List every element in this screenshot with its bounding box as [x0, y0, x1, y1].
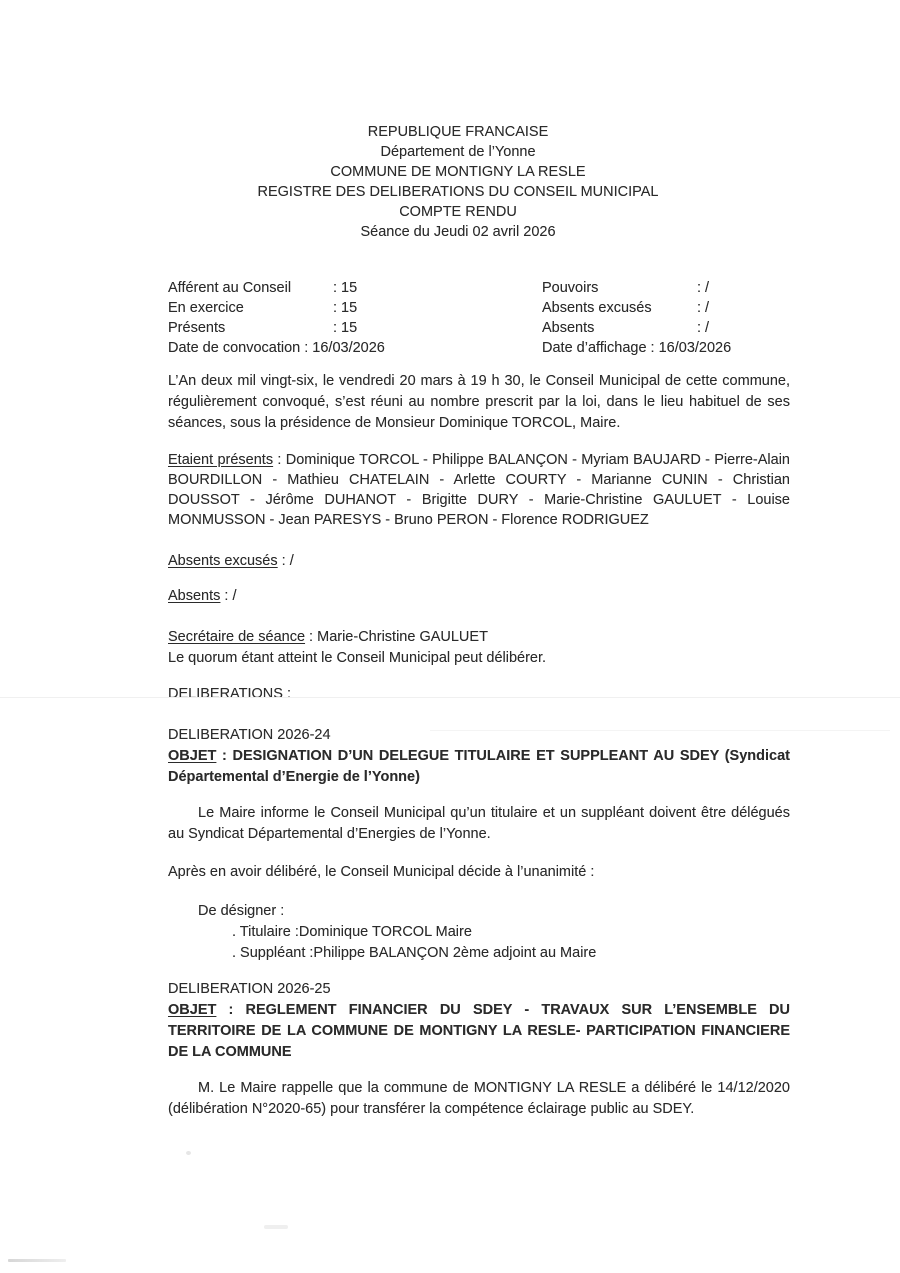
stat-label: Pouvoirs — [542, 278, 697, 298]
designation-role: . Titulaire : — [232, 922, 299, 943]
stats-left-column: Afférent au Conseil: 15 En exercice: 15 … — [168, 278, 542, 358]
designation-person: Dominique TORCOL Maire — [299, 924, 472, 940]
stat-value: : 15 — [333, 300, 357, 316]
designation-suppleant-row: . Suppléant :Philippe BALANÇON 2ème adjo… — [168, 943, 790, 964]
stat-date-affichage: Date d’affichage : 16/03/2026 — [542, 338, 790, 358]
scan-artifact-streak — [430, 730, 890, 731]
header-line-commune: COMMUNE DE MONTIGNY LA RESLE — [168, 162, 748, 182]
presents-separator: : — [273, 452, 286, 468]
stat-value: : / — [697, 300, 709, 316]
scan-artifact-dot — [186, 1151, 191, 1155]
document-header: REPUBLIQUE FRANCAISE Département de l’Yo… — [168, 0, 790, 242]
scanned-document-page: REPUBLIQUE FRANCAISE Département de l’Yo… — [0, 0, 900, 1273]
stat-row-exercice: En exercice: 15 — [168, 298, 542, 318]
stat-label: Absents excusés — [542, 298, 697, 318]
deliberation-2-paragraph: M. Le Maire rappelle que la commune de M… — [168, 1078, 790, 1120]
stat-row-pouvoirs: Pouvoirs: / — [542, 278, 790, 298]
header-line-seance-date: Séance du Jeudi 02 avril 2026 — [168, 222, 748, 242]
designation-block: De désigner : . Titulaire :Dominique TOR… — [168, 901, 790, 964]
stat-label: Absents — [542, 318, 697, 338]
objet-text: : DESIGNATION D’UN DELEGUE TITULAIRE ET … — [168, 748, 790, 785]
stat-value: : 15 — [333, 280, 357, 296]
stat-row-afferent: Afférent au Conseil: 15 — [168, 278, 542, 298]
stat-label: En exercice — [168, 298, 333, 318]
secretaire-line: Secrétaire de séance : Marie-Christine G… — [168, 627, 790, 648]
presents-paragraph: Etaient présents : Dominique TORCOL - Ph… — [168, 450, 790, 550]
stat-value: : 15 — [333, 320, 357, 336]
presents-label: Etaient présents — [168, 452, 273, 468]
stat-row-absents-excuses: Absents excusés: / — [542, 298, 790, 318]
objet-text: : REGLEMENT FINANCIER DU SDEY - TRAVAUX … — [168, 1002, 790, 1060]
stat-row-presents: Présents: 15 — [168, 318, 542, 338]
designation-role: . Suppléant : — [232, 943, 313, 964]
designation-intro: De désigner : — [168, 901, 790, 922]
stats-right-column: Pouvoirs: / Absents excusés: / Absents: … — [542, 278, 790, 358]
deliberations-heading: DELIBERATIONS : — [168, 684, 790, 705]
absents-line: Absents : / — [168, 586, 790, 607]
scan-artifact-line — [0, 697, 900, 698]
quorum-line: Le quorum étant atteint le Conseil Munic… — [168, 648, 790, 669]
header-line-compte-rendu: COMPTE RENDU — [168, 202, 748, 222]
absents-label: Absents — [168, 588, 220, 604]
absents-excuses-value: : / — [278, 553, 294, 569]
stat-value: : / — [697, 320, 709, 336]
deliberation-1-objet: OBJET : DESIGNATION D’UN DELEGUE TITULAI… — [168, 746, 790, 788]
designation-person: Philippe BALANÇON 2ème adjoint au Maire — [313, 945, 596, 961]
attendance-stats: Afférent au Conseil: 15 En exercice: 15 … — [168, 278, 790, 358]
absents-excuses-line: Absents excusés : / — [168, 551, 790, 572]
header-line-republique: REPUBLIQUE FRANCAISE — [168, 122, 748, 142]
stat-label: Afférent au Conseil — [168, 278, 333, 298]
deliberation-1-title: DELIBERATION 2026-24 — [168, 725, 790, 746]
stat-value: : / — [697, 280, 709, 296]
stat-date-convocation: Date de convocation : 16/03/2026 — [168, 338, 542, 358]
secretaire-label: Secrétaire de séance — [168, 629, 305, 645]
scan-artifact-smudge — [8, 1259, 66, 1262]
stat-label: Présents — [168, 318, 333, 338]
deliberation-2-objet: OBJET : REGLEMENT FINANCIER DU SDEY - TR… — [168, 1000, 790, 1063]
secretaire-block: Secrétaire de séance : Marie-Christine G… — [168, 627, 790, 669]
header-line-registre: REGISTRE DES DELIBERATIONS DU CONSEIL MU… — [168, 182, 748, 202]
scan-artifact-smudge — [264, 1225, 288, 1229]
secretaire-value: : Marie-Christine GAULUET — [305, 629, 488, 645]
header-line-departement: Département de l’Yonne — [168, 142, 748, 162]
objet-label: OBJET — [168, 1002, 216, 1018]
document-body: REPUBLIQUE FRANCAISE Département de l’Yo… — [168, 0, 790, 1120]
absents-value: : / — [220, 588, 236, 604]
convocation-paragraph: L’An deux mil vingt-six, le vendredi 20 … — [168, 371, 790, 434]
deliberation-1-paragraph: Le Maire informe le Conseil Municipal qu… — [168, 803, 790, 845]
stat-row-absents: Absents: / — [542, 318, 790, 338]
absents-excuses-label: Absents excusés — [168, 553, 278, 569]
designation-titulaire-row: . Titulaire :Dominique TORCOL Maire — [168, 922, 790, 943]
objet-label: OBJET — [168, 748, 216, 764]
deliberation-2-title: DELIBERATION 2026-25 — [168, 979, 790, 1000]
deliberation-1-decision-line: Après en avoir délibéré, le Conseil Muni… — [168, 862, 790, 883]
